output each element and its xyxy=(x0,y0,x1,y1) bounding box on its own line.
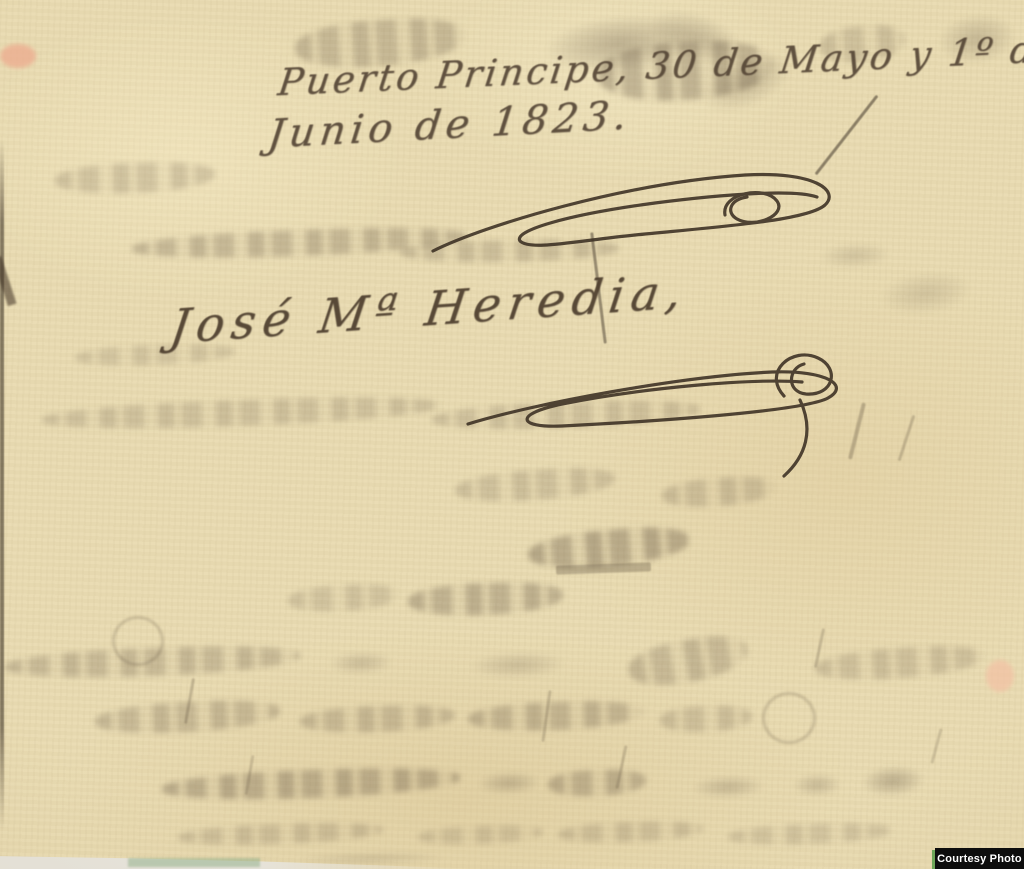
ink-bleed-ghost xyxy=(898,415,916,462)
ink-bleed-ghost xyxy=(42,393,443,433)
ink-bleed-ghost xyxy=(930,728,942,764)
ink-bleed-ghost xyxy=(418,824,544,846)
ink-bleed-ghost xyxy=(814,642,986,684)
ink-bleed-ghost xyxy=(661,474,778,510)
ink-bleed-ghost xyxy=(548,768,647,797)
ink-bleed-ghost xyxy=(407,580,563,617)
ink-bleed-ghost xyxy=(878,266,975,320)
rubric-flourish-upper xyxy=(425,163,845,268)
pink-stain xyxy=(0,44,36,68)
ink-bleed-ghost xyxy=(861,764,925,798)
ink-bleed-ghost xyxy=(287,582,400,614)
pink-stain xyxy=(986,660,1014,692)
ink-bleed-ghost xyxy=(470,650,566,679)
ink-bleed-ghost xyxy=(692,775,765,799)
ink-bleed-ghost xyxy=(300,703,456,734)
ink-bleed-ghost xyxy=(625,630,750,692)
paper-left-edge-shadow xyxy=(0,140,4,830)
ink-bleed-ghost xyxy=(728,821,894,847)
ink-bleed-ghost xyxy=(55,160,216,196)
ink-bleed-ghost xyxy=(330,651,393,675)
courtesy-photo-label: Courtesy Photo xyxy=(937,853,1022,865)
paper-edge-tint xyxy=(128,858,260,867)
ink-bleed-ghost xyxy=(556,562,651,574)
courtesy-photo-watermark: Courtesy Photo xyxy=(935,848,1024,869)
ink-bleed-ghost xyxy=(5,643,301,681)
ink-bleed-ghost xyxy=(558,819,704,844)
ink-bleed-ghost xyxy=(660,704,753,733)
ink-bleed-ghost xyxy=(162,765,461,803)
ink-bleed-ghost xyxy=(478,771,541,795)
ink-bleed-ghost xyxy=(178,820,384,847)
rubric-flourish-lower xyxy=(462,338,862,478)
ink-bleed-ghost xyxy=(762,692,816,744)
ink-bleed-ghost xyxy=(793,773,842,797)
scanned-letter-photo: Puerto Principe, 30 de Mayo y 1º de Juni… xyxy=(0,0,1024,869)
ink-bleed-ghost xyxy=(468,699,644,733)
